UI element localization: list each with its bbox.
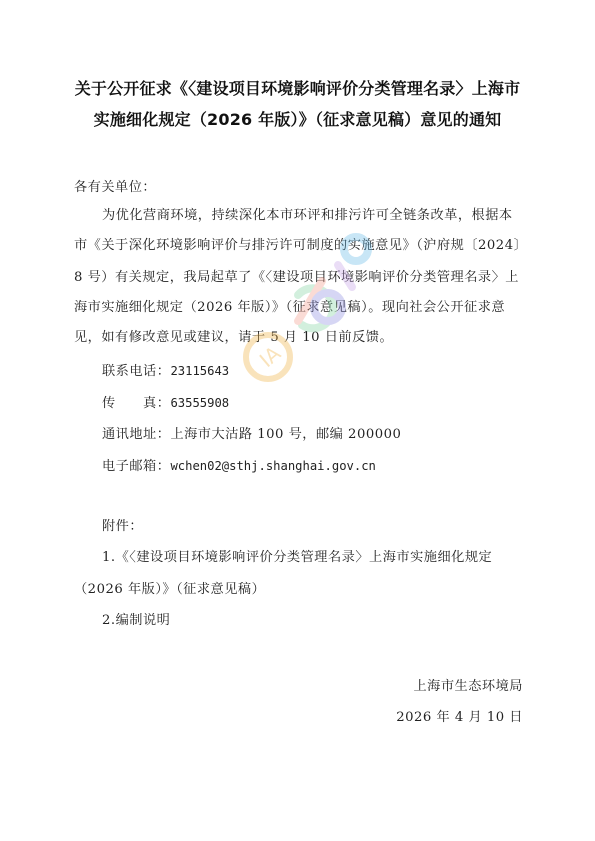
document-title-line-1: 关于公开征求《〈建设项目环境影响评价分类管理名录〉上海市 [0,76,595,99]
attachment-1-line-1[interactable]: 1.《〈建设项目环境影响评价分类管理名录〉上海市实施细化规定 [102,546,562,565]
attachment-2[interactable]: 2.编制说明 [102,609,562,628]
phone-label: 联系电话： [102,364,170,379]
contact-fax: 传 真：63555908 [102,392,562,411]
attachments-label: 附件： [102,515,562,534]
email-link[interactable]: wchen02@sthj.shanghai.gov.cn [170,459,375,473]
contact-phone: 联系电话：23115643 [102,360,562,379]
address-value: 上海市大沽路 100 号，邮编 200000 [170,427,401,442]
body-line-5: 见，如有修改意见或建议，请于 5 月 10 日前反馈。 [74,326,534,345]
issue-date: 2026 年 4 月 10 日 [396,706,523,725]
email-label: 电子邮箱： [102,459,170,474]
phone-value: 23115643 [170,364,229,378]
contact-email: 电子邮箱：wchen02@sthj.shanghai.gov.cn [102,455,562,474]
body-line-4: 海市实施细化规定（2026 年版）》（征求意见稿）。现向社会公开征求意 [74,296,534,315]
issuer-name: 上海市生态环境局 [414,675,524,694]
address-label: 通讯地址： [102,427,170,442]
contact-address: 通讯地址：上海市大沽路 100 号，邮编 200000 [102,423,562,442]
document-title-line-2: 实施细化规定（2026 年版）》（征求意见稿）意见的通知 [0,107,595,130]
attachment-1-line-2[interactable]: （2026 年版）》（征求意见稿） [74,578,534,597]
fax-value: 63555908 [170,396,229,410]
salutation: 各有关单位： [74,176,534,195]
body-line-1: 为优化营商环境，持续深化本市环评和排污许可全链条改革，根据本 [102,204,562,223]
fax-label: 传 真： [102,396,170,411]
body-line-2: 市《关于深化环境影响评价与排污许可制度的实施意见》（沪府规〔2024〕 [74,234,534,253]
document-page: 关于公开征求《〈建设项目环境影响评价分类管理名录〉上海市 实施细化规定（2026… [0,0,595,841]
body-line-3: 8 号）有关规定，我局起草了《〈建设项目环境影响评价分类管理名录〉上 [74,266,534,285]
